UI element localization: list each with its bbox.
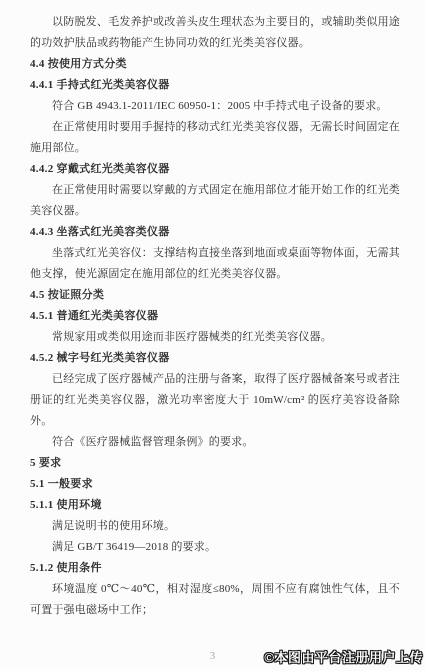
heading-4-4-1-handheld: 4.4.1 手持式红光类美容仪器 xyxy=(30,75,400,96)
heading-5-1-2-use-conditions: 5.1.2 使用条件 xyxy=(30,558,400,579)
paragraph-4-4-2-definition: 在正常使用时需要以穿戴的方式固定在施用部位才能开始工作的红光类美容仪器。 xyxy=(30,180,400,222)
heading-4-4-2-wearable: 4.4.2 穿戴式红光类美容仪器 xyxy=(30,159,400,180)
document-page: 以防脱发、毛发养护或改善头皮生理状态为主要目的，或辅助类似用途的功效护肤品或药物… xyxy=(0,0,425,671)
paragraph-hair-care-purpose: 以防脱发、毛发养护或改善头皮生理状态为主要目的，或辅助类似用途的功效护肤品或药物… xyxy=(30,12,400,54)
paragraph-5-1-2-conditions: 环境温度 0℃～40℃，相对湿度≤80%，周围不应有腐蚀性气体，且不可置于强电磁… xyxy=(30,579,400,621)
paragraph-5-1-1-standard-ref: 满足 GB/T 36419—2018 的要求。 xyxy=(30,537,400,558)
heading-4-5-1-ordinary: 4.5.1 普通红光类美容仪器 xyxy=(30,306,400,327)
heading-5-requirements: 5 要求 xyxy=(30,453,400,474)
paragraph-4-5-2-regulation-ref: 符合《医疗器械监督管理条例》的要求。 xyxy=(30,432,400,453)
paragraph-4-5-2-definition: 已经完成了医疗器械产品的注册与备案，取得了医疗器械备案号或者注册证的红光类美容仪… xyxy=(30,369,400,432)
heading-5-1-1-use-environment: 5.1.1 使用环境 xyxy=(30,495,400,516)
paragraph-4-5-1-definition: 常规家用或类似用途而非医疗器械类的红光类美容仪器。 xyxy=(30,327,400,348)
heading-5-1-general-requirements: 5.1 一般要求 xyxy=(30,474,400,495)
heading-4-4-usage-classification: 4.4 按使用方式分类 xyxy=(30,54,400,75)
paragraph-4-4-3-definition: 坐落式红光美容仪：支撑结构直接坐落到地面或桌面等物体面，无需其他支撑，使光源固定… xyxy=(30,243,400,285)
paragraph-4-4-1-definition: 在正常使用时要用手握持的移动式红光类美容仪器，无需长时间固定在施用部位。 xyxy=(30,117,400,159)
paragraph-5-1-1-manual-environment: 满足说明书的使用环境。 xyxy=(30,516,400,537)
paragraph-4-4-1-standard-ref: 符合 GB 4943.1-2011/IEC 60950-1：2005 中手持式电… xyxy=(30,96,400,117)
heading-4-5-license-classification: 4.5 按证照分类 xyxy=(30,285,400,306)
heading-4-5-2-medical-device: 4.5.2 械字号红光类美容仪器 xyxy=(30,348,400,369)
watermark-text: ©本图由平台注册用户上传 xyxy=(264,647,423,666)
heading-4-4-3-standing: 4.4.3 坐落式红光美容类仪器 xyxy=(30,222,400,243)
